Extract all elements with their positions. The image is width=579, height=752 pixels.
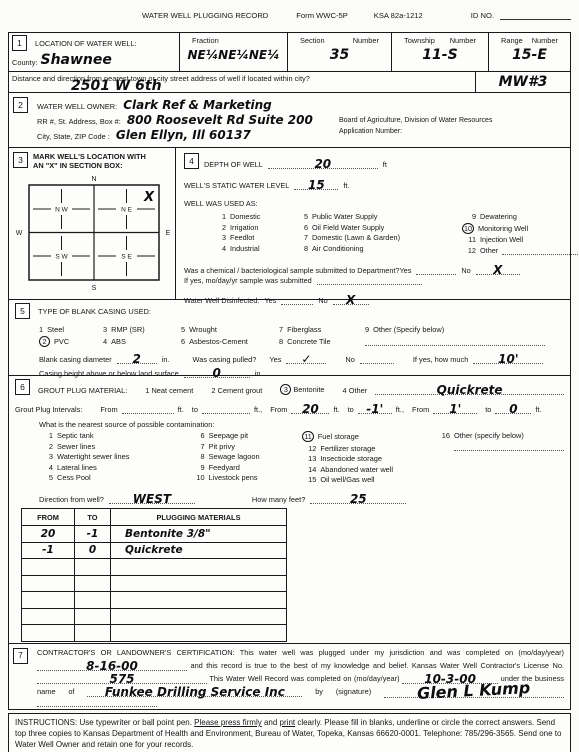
option-number: 5 (181, 325, 185, 334)
range-label: Range (501, 36, 523, 45)
section-location-mark-and-well-data: 3 MARK WELL'S LOCATION WITH AN "X" IN SE… (8, 148, 571, 300)
how-much-fill: 10' (473, 352, 543, 364)
used-as-option: 12Other (462, 246, 579, 255)
contamination-source: 15Oil well/Gas well (302, 475, 434, 484)
owner-label: WATER WELL OWNER: (37, 102, 117, 111)
statute-reference: KSA 82a-1212 (374, 11, 423, 20)
option-number: 7 (294, 233, 308, 242)
section-casing: 5 TYPE OF BLANK CASING USED: 1Steel 3RMP… (8, 300, 571, 376)
grout-other-value: Quickrete (437, 384, 503, 396)
option-label: Steel (47, 325, 64, 334)
section-6-number: 6 (15, 379, 30, 395)
owner-value: Clark Ref & Marketing (123, 99, 272, 111)
section-grout: 6 GROUT PLUG MATERIAL: 1 Neat cement 2 C… (8, 376, 571, 644)
section-number-label-2: Number (353, 36, 379, 45)
option-number: 5 (39, 473, 53, 482)
option-label: Bentonite (293, 385, 324, 394)
cell-material: Bentonite 3/8" (125, 528, 211, 540)
address-value: 800 Roosevelt Rd Suite 200 (127, 114, 313, 126)
interval3-from-value: 1' (449, 403, 461, 415)
date-plugged-fill: 8-16-00 (37, 659, 187, 671)
certification-text-1: CONTRACTOR'S OR LANDOWNER'S CERTIFICATIO… (37, 648, 564, 657)
feet-label: How many feet? (252, 495, 305, 504)
chem-no-fill: X (476, 263, 520, 275)
table-header-row: FROM TO PLUGGING MATERIALS (22, 509, 287, 526)
option-label: Neat cement (151, 386, 193, 395)
used-as-option: 4Industrial (212, 244, 294, 253)
option-number: 9 (365, 325, 369, 334)
option-number: 2 (39, 442, 53, 451)
from-label: From (412, 405, 429, 414)
option-label: Other (Specify below) (373, 325, 444, 334)
range-value: 15-E (512, 47, 547, 63)
compass-east-label: E (166, 230, 171, 237)
form-header: WATER WELL PLUGGING RECORD Form WWC-5P K… (0, 10, 571, 20)
section-number-value: 35 (330, 47, 349, 63)
license-fill: 575 (37, 672, 207, 684)
option-number: 3 (103, 325, 107, 334)
option-number: 3 (212, 233, 226, 242)
used-as-option-selected: 10Monitoring Well (462, 223, 579, 234)
business-name-fill: Funkee Drilling Service Inc (87, 685, 302, 697)
section-2-number: 2 (13, 97, 28, 113)
circled-number: 10 (462, 223, 474, 234)
contamination-source: 13Insecticide storage (302, 454, 434, 463)
township-label-2: Number (450, 36, 476, 45)
used-as-option: 9Dewatering (462, 212, 579, 221)
ft-label: ft. (333, 405, 339, 414)
pulled-yes-fill: ✓ (286, 352, 326, 364)
table-row: 20-1Bentonite 3/8" (22, 526, 287, 543)
section-4-number: 4 (184, 153, 199, 169)
option-label: Feedlot (230, 233, 254, 242)
option-label: Wrought (189, 325, 217, 334)
agency-label: Board of Agriculture, Division of Water … (339, 116, 492, 127)
option-label: Sewage lagoon (209, 452, 260, 461)
pulled-no-label: No (345, 355, 354, 364)
static-level-fill: 15 (294, 178, 338, 190)
range-cell: Range Number 15-E (488, 33, 570, 71)
ft-label: ft. (535, 405, 541, 414)
distance-value: 2501 W 6th (71, 79, 162, 93)
option-number: 4 (39, 463, 53, 472)
used-as-option: 1Domestic (212, 212, 294, 221)
id-number-blank (500, 10, 571, 20)
cell-material: Quickrete (125, 544, 183, 556)
option-number: 8 (294, 244, 308, 253)
option-number: 12 (302, 444, 316, 453)
direction-fill: WEST (109, 492, 195, 504)
distance-row: Distance and direction from nearest town… (9, 71, 570, 92)
option-label: Oil well/Gas well (320, 475, 374, 484)
circled-number: 3 (280, 384, 291, 395)
option-number: 9 (462, 212, 476, 221)
table-row (22, 559, 287, 576)
disinfected-yes-blank (281, 296, 313, 305)
contamination-source: 1Septic tank (39, 431, 191, 440)
option-label: Fiberglass (287, 325, 321, 334)
instructions-text-1: INSTRUCTIONS: Use typewriter or ball poi… (15, 718, 194, 727)
option-label: Cement grout (218, 386, 263, 395)
option-number: 4 (103, 337, 107, 346)
county-value: Shawnee (40, 53, 111, 67)
feet-value: 25 (350, 493, 367, 505)
cell-from: 20 (41, 528, 56, 540)
sample-date-blank (317, 276, 422, 285)
cell-from: -1 (42, 544, 54, 556)
option-number: 2 (212, 223, 226, 232)
used-as-label: WELL WAS USED AS: (184, 199, 579, 208)
casing-option: 6Asbestos-Cement (181, 336, 279, 347)
option-label: Public Water Supply (312, 212, 377, 221)
diameter-label: Blank casing diameter (39, 355, 112, 364)
grout-option: 2 Cement grout (211, 386, 262, 395)
instructions-box: INSTRUCTIONS: Use typewriter or ball poi… (8, 713, 571, 752)
option-number: 7 (279, 325, 283, 334)
contamination-source: 3Watertight sewer lines (39, 452, 191, 461)
interval3-to-fill: 0 (495, 402, 531, 414)
contamination-source: 2Sewer lines (39, 442, 191, 451)
option-number: 8 (191, 452, 205, 461)
instructions-text-2: and (262, 718, 280, 727)
interval3-from-fill: 1' (433, 402, 477, 414)
license-value: 575 (109, 673, 134, 685)
casing-option: 4ABS (103, 336, 181, 347)
used-as-option: 3Feedlot (212, 233, 294, 242)
casing-option-selected: 2PVC (39, 336, 103, 347)
option-number: 1 (212, 212, 226, 221)
to-label: to (348, 405, 354, 414)
section-box-diagram: N S W E (13, 173, 173, 291)
table-row (22, 575, 287, 592)
fraction-label: Fraction (192, 36, 219, 45)
compass-north-label: N (91, 176, 96, 183)
disinfected-no-label: No (318, 296, 327, 305)
business-name-value: Funkee Drilling Service Inc (105, 686, 285, 698)
option-label: Oil Field Water Supply (312, 223, 384, 232)
signature-value: Glen L Kump (417, 680, 531, 702)
depth-ft-label: ft (383, 160, 387, 169)
grout-other-fill: Quickrete (375, 383, 564, 395)
pulled-yes-label: Yes (269, 355, 281, 364)
option-label: Lateral lines (57, 463, 97, 472)
option-number: 2 (211, 386, 215, 395)
grout-title: GROUT PLUG MATERIAL: (38, 386, 127, 395)
direction-label: Direction from well? (39, 495, 104, 504)
township-cell: Township Number 11-S (391, 33, 488, 71)
used-as-option: 11Injection Well (462, 235, 579, 244)
fraction-cell: Fraction NE¼NE¼NE¼ (179, 33, 287, 71)
form-number: Form WWC-5P (296, 11, 347, 20)
section-1-number: 1 (12, 35, 27, 51)
if-yes-label: If yes, mo/day/yr sample was submitted (184, 276, 312, 285)
used-as-option: 2Irrigation (212, 223, 294, 232)
casing-height-in-label: in. (255, 369, 263, 378)
feet-fill: 25 (310, 492, 406, 504)
option-label: Septic tank (57, 431, 94, 440)
casing-height-label: Casing height above or below land surfac… (39, 369, 179, 378)
casing-height-fill: 0 (184, 366, 250, 378)
option-label: Domestic (230, 212, 260, 221)
well-location-x-mark: X (143, 190, 155, 205)
casing-title: TYPE OF BLANK CASING USED: (38, 307, 151, 316)
option-label: Seepage pit (209, 431, 248, 440)
township-label: Township (404, 36, 435, 45)
option-number: 11 (462, 235, 476, 244)
option-number: 8 (279, 337, 283, 346)
contamination-source: 12Fertilizer storage (302, 444, 434, 453)
option-number: 1 (39, 431, 53, 440)
contamination-source: 16Other (specify below) (434, 431, 564, 440)
signature-label: by (signature) (315, 687, 371, 696)
grout-option: 4 Other (343, 386, 368, 395)
depth-fill: 20 (268, 157, 378, 169)
other-source-blank (454, 442, 564, 451)
to-label: to (485, 405, 491, 414)
table-row (22, 625, 287, 642)
contamination-source: 4Lateral lines (39, 463, 191, 472)
interval2-to-fill: -1' (358, 402, 392, 414)
application-number-label: Application Number: (339, 127, 492, 138)
table-row (22, 608, 287, 625)
static-ft-label: ft. (343, 181, 349, 190)
mark-title-line2: AN "X" IN SECTION BOX: (33, 161, 123, 170)
option-number: 10 (191, 473, 205, 482)
option-number: 12 (462, 246, 476, 255)
ft-comma-label: ft., (396, 405, 404, 414)
option-number: 6 (294, 223, 308, 232)
interval2-from-fill: 20 (291, 402, 329, 414)
cell-to: 0 (89, 544, 96, 556)
interval2-to-value: -1' (366, 403, 383, 415)
depth-value: 20 (314, 158, 331, 170)
direction-value: WEST (133, 493, 171, 505)
ft-label: ft. (178, 405, 184, 414)
col-from-header: FROM (22, 509, 75, 526)
option-number: 6 (191, 431, 205, 440)
ft-comma-label: ft., (254, 405, 262, 414)
option-label: Fertilizer storage (320, 444, 375, 453)
option-label: Domestic (Lawn & Garden) (312, 233, 400, 242)
section-5-number: 5 (15, 303, 30, 319)
contamination-question: What is the nearest source of possible c… (39, 420, 564, 429)
date-plugged-value: 8-16-00 (86, 660, 138, 672)
city-value: Glen Ellyn, Ill 60137 (116, 129, 251, 141)
option-number: 14 (302, 465, 316, 474)
range-label-2: Number (532, 36, 558, 45)
option-label: ABS (111, 337, 126, 346)
quadrant-sw-label: S W (55, 253, 68, 260)
option-label: Monitoring Well (478, 224, 528, 233)
mark-title-line1: MARK WELL'S LOCATION WITH (33, 152, 146, 161)
intervals-label: Grout Plug Intervals: (15, 405, 82, 414)
to-label: to (192, 405, 198, 414)
option-label: Irrigation (230, 223, 258, 232)
option-number: 13 (302, 454, 316, 463)
used-as-option: 8Air Conditioning (294, 244, 462, 253)
interval3-to-value: 0 (509, 403, 517, 415)
table-row (22, 592, 287, 609)
quadrant-se-label: S E (121, 253, 132, 260)
other-blank (502, 246, 579, 255)
section-3-number: 3 (13, 152, 28, 168)
table-row: -10Quickrete (22, 542, 287, 559)
option-label: Insecticide storage (320, 454, 382, 463)
grout-option: 1 Neat cement (145, 386, 193, 395)
diameter-value: 2 (133, 353, 141, 365)
option-label: Asbestos-Cement (189, 337, 248, 346)
static-level-value: 15 (308, 179, 325, 191)
signature-trailing-blank (37, 698, 157, 707)
well-name-cell: MW#3 (475, 72, 570, 92)
section-owner: 2 WATER WELL OWNER: Clark Ref & Marketin… (8, 93, 571, 148)
option-label: Dewatering (480, 212, 517, 221)
well-data-panel: 4 DEPTH OF WELL 20 ft WELL'S STATIC WATE… (176, 148, 579, 299)
circled-number: 2 (39, 336, 50, 347)
interval1-from-blank (122, 405, 174, 414)
disinfected-yes-label: Yes (264, 296, 276, 305)
option-number: 4 (343, 386, 347, 395)
plugging-materials-table: FROM TO PLUGGING MATERIALS 20-1Bentonite… (21, 508, 287, 642)
contamination-source: 9Feedyard (191, 463, 303, 472)
compass-south-label: S (92, 285, 97, 291)
option-label: Livestock pens (209, 473, 258, 482)
contamination-sources: 1Septic tank 2Sewer lines 3Watertight se… (39, 431, 564, 484)
section-number-cell: Section Number 35 (287, 33, 391, 71)
form-title: WATER WELL PLUGGING RECORD (142, 11, 268, 20)
chem-no-x-mark: X (493, 264, 502, 276)
how-much-label: If yes, how much (413, 355, 468, 364)
contamination-source: 8Sewage lagoon (191, 452, 303, 461)
col-to-header: TO (75, 509, 111, 526)
option-label: Fuel storage (318, 432, 359, 441)
chemical-sample-question: Was a chemical / bacteriological sample … (184, 266, 411, 275)
option-label: Cess Pool (57, 473, 91, 482)
cell-to: -1 (87, 528, 99, 540)
section-location: 1 LOCATION OF WATER WELL: County: Shawne… (8, 32, 571, 93)
casing-height-value: 0 (213, 367, 221, 379)
pulled-no-blank (360, 355, 394, 364)
pulled-check-mark: ✓ (301, 353, 311, 365)
quadrant-nw-label: N W (55, 206, 69, 213)
county-label: County: (12, 58, 37, 67)
option-label: Sewer lines (57, 442, 95, 451)
casing-option: 3RMP (SR) (103, 325, 181, 334)
option-number: 6 (181, 337, 185, 346)
interval1-to-blank (202, 405, 250, 414)
option-number: 1 (145, 386, 149, 395)
option-number: 15 (302, 475, 316, 484)
contamination-source: 6Seepage pit (191, 431, 303, 440)
compass-west-label: W (16, 230, 23, 237)
option-label: Industrial (230, 244, 260, 253)
section-1-title: LOCATION OF WATER WELL: (35, 39, 137, 48)
option-label: Other (specify below) (454, 431, 524, 440)
option-number: 4 (212, 244, 226, 253)
casing-option: 9Other (Specify below) (365, 325, 444, 334)
option-number: 5 (294, 212, 308, 221)
option-label: PVC (54, 337, 69, 346)
used-as-option: 7Domestic (Lawn & Garden) (294, 233, 462, 242)
diameter-fill: 2 (117, 352, 157, 364)
certification-text-2: and this record is true to the best of m… (190, 661, 564, 670)
well-name-value: MW#3 (499, 75, 548, 89)
section-box-panel: 3 MARK WELL'S LOCATION WITH AN "X" IN SE… (9, 148, 176, 299)
from-label: From (100, 405, 117, 414)
option-label: RMP (SR) (111, 325, 145, 334)
township-value: 11-S (422, 47, 457, 63)
disinfected-no-fill: X (333, 293, 369, 305)
section-number-label: Section (300, 36, 325, 45)
chem-no-label: No (461, 266, 470, 275)
id-number-label: ID NO. (471, 11, 494, 20)
instructions-underlined-2: print (280, 718, 296, 727)
used-as-option: 6Oil Field Water Supply (294, 223, 462, 232)
disinfected-label: Water Well Disinfected: (184, 296, 259, 305)
location-cell: 1 LOCATION OF WATER WELL: County: Shawne… (9, 33, 179, 71)
depth-label: DEPTH OF WELL (204, 160, 263, 169)
col-materials-header: PLUGGING MATERIALS (111, 509, 287, 526)
casing-option: 7Fiberglass (279, 325, 365, 334)
water-well-plugging-record-form: WATER WELL PLUGGING RECORD Form WWC-5P K… (0, 0, 579, 752)
signature-fill: Glen L Kump (384, 686, 564, 698)
interval2-from-value: 20 (302, 403, 319, 415)
option-label: Other (480, 246, 498, 255)
option-label: Pit privy (209, 442, 235, 451)
section-certification: 7 CONTRACTOR'S OR LANDOWNER'S CERTIFICAT… (8, 644, 571, 710)
option-number: 7 (191, 442, 205, 451)
option-label: Watertight sewer lines (57, 452, 129, 461)
contamination-source: 7Pit privy (191, 442, 303, 451)
option-label: Feedyard (209, 463, 240, 472)
chem-yes-blank (416, 266, 456, 275)
certification-text-3: This Water Well Record was completed on … (209, 674, 399, 683)
address-label: RR #, St. Address, Box #: (37, 117, 121, 126)
static-level-label: WELL'S STATIC WATER LEVEL (184, 181, 289, 190)
section-7-number: 7 (13, 648, 28, 664)
contamination-source: 5Cess Pool (39, 473, 191, 482)
diameter-in-label: in. (162, 355, 170, 364)
option-label: Other (349, 386, 367, 395)
option-label: Injection Well (480, 235, 523, 244)
other-casing-blank (365, 337, 545, 346)
casing-option: 1Steel (39, 325, 103, 334)
from-label: From (270, 405, 287, 414)
used-as-option: 5Public Water Supply (294, 212, 462, 221)
fraction-value: NE¼NE¼NE¼ (188, 48, 280, 62)
contamination-source: 14Abandoned water well (302, 465, 434, 474)
circled-number: 11 (302, 431, 313, 442)
casing-option: 8Concrete Tile (279, 336, 365, 347)
option-number: 16 (434, 431, 450, 440)
used-as-options: 1Domestic 2Irrigation 3Feedlot 4Industri… (212, 212, 579, 255)
casing-option: 5Wrought (181, 325, 279, 334)
contamination-source-selected: 11Fuel storage (302, 431, 434, 442)
contamination-source: 10Livestock pens (191, 473, 303, 482)
disinfected-no-x-mark: X (346, 294, 355, 306)
how-much-value: 10' (498, 353, 518, 365)
option-number: 3 (39, 452, 53, 461)
city-label: City, State, ZIP Code : (37, 132, 110, 141)
option-label: Air Conditioning (312, 244, 364, 253)
instructions-underlined-1: Please press firmly (194, 718, 262, 727)
option-number: 9 (191, 463, 205, 472)
pulled-label: Was casing pulled? (193, 355, 257, 364)
option-label: Concrete Tile (287, 337, 331, 346)
option-label: Abandoned water well (320, 465, 393, 474)
grout-option-selected: 3Bentonite (280, 384, 324, 395)
option-number: 1 (39, 325, 43, 334)
